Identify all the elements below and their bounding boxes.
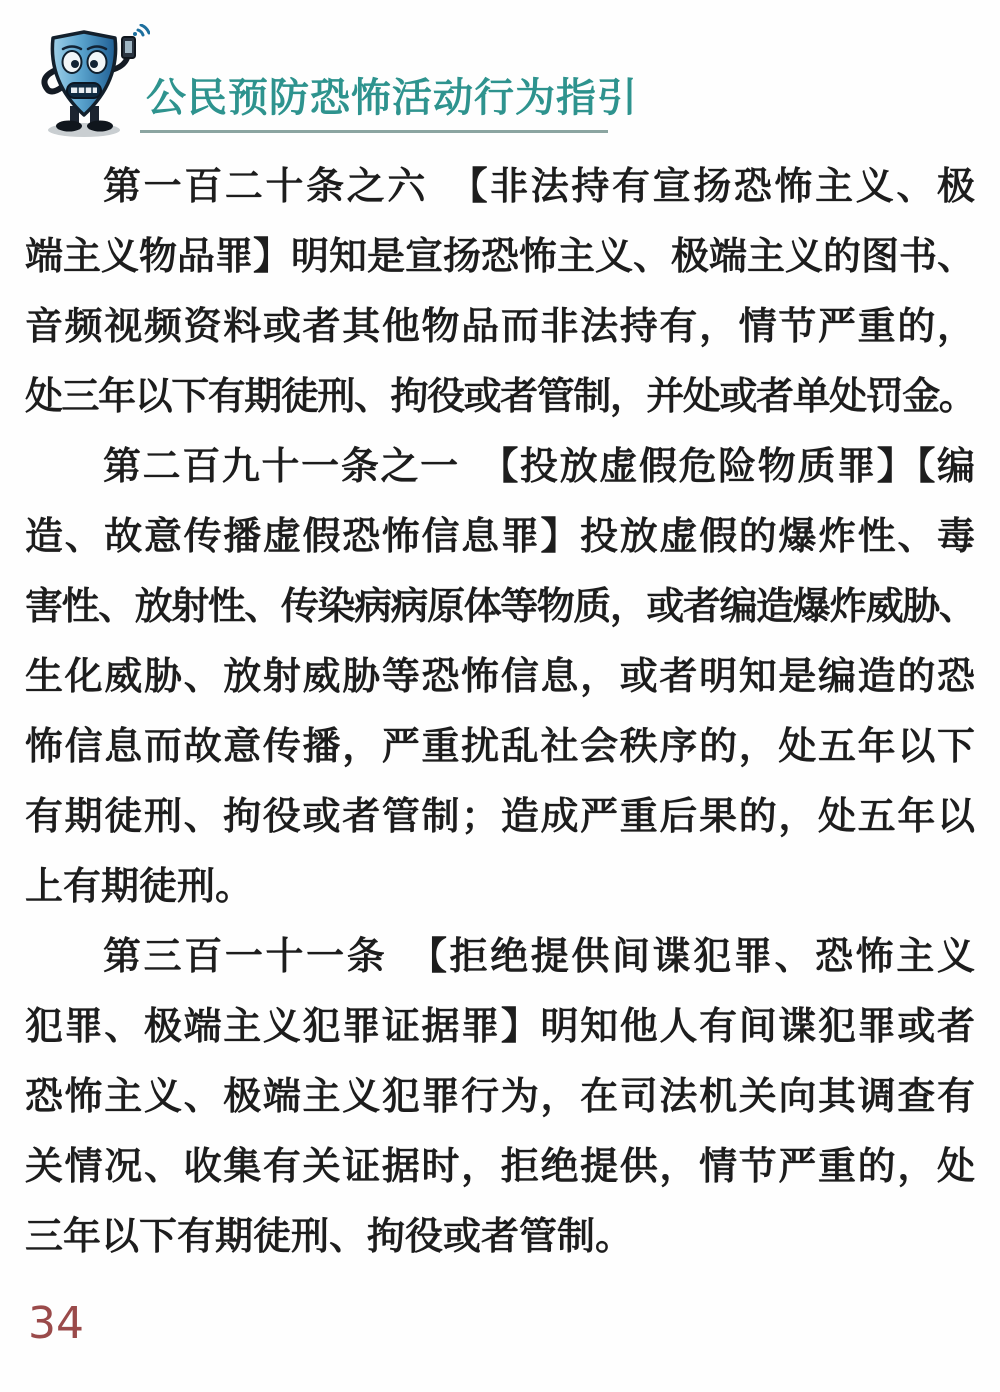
text-line: 造、故意传播虚假恐怖信息罪】投放虚假的爆炸性、毒 — [25, 502, 975, 572]
text-line: 生化威胁、放射威胁等恐怖信息，或者明知是编造的恐 — [25, 642, 975, 712]
page-number: 34 — [28, 1298, 84, 1349]
article-paragraph: 第二百九十一条之一 【投放虚假危险物质罪】【编 造、故意传播虚假恐怖信息罪】投放… — [25, 432, 975, 922]
title-underline — [140, 130, 608, 133]
page-header: 公民预防恐怖活动行为指引 — [0, 0, 1000, 150]
text-line: 犯罪、极端主义犯罪证据罪】明知他人有间谍犯罪或者 — [25, 992, 975, 1062]
text-line: 端主义物品罪】明知是宣扬恐怖主义、极端主义的图书、 — [25, 222, 975, 292]
text-line: 恐怖主义、极端主义犯罪行为，在司法机关向其调查有 — [25, 1062, 975, 1132]
booklet-page: 公民预防恐怖活动行为指引 第一百二十条之六 【非法持有宣扬恐怖主义、极 端主义物… — [0, 0, 1000, 1392]
article-paragraph: 第一百二十条之六 【非法持有宣扬恐怖主义、极 端主义物品罪】明知是宣扬恐怖主义、… — [25, 152, 975, 432]
text-line: 上有期徒刑。 — [25, 852, 975, 922]
page-title: 公民预防恐怖活动行为指引 — [146, 66, 638, 123]
article-text: 第一百二十条之六 【非法持有宣扬恐怖主义、极 端主义物品罪】明知是宣扬恐怖主义、… — [25, 152, 975, 1272]
text-line: 有期徒刑、拘役或者管制；造成严重后果的，处五年以 — [25, 782, 975, 852]
article-paragraph: 第三百一十一条 【拒绝提供间谍犯罪、恐怖主义 犯罪、极端主义犯罪证据罪】明知他人… — [25, 922, 975, 1272]
text-line: 第二百九十一条之一 【投放虚假危险物质罪】【编 — [25, 432, 975, 502]
text-line: 第三百一十一条 【拒绝提供间谍犯罪、恐怖主义 — [25, 922, 975, 992]
text-line: 怖信息而故意传播，严重扰乱社会秩序的，处五年以下 — [25, 712, 975, 782]
text-line: 第一百二十条之六 【非法持有宣扬恐怖主义、极 — [25, 152, 975, 222]
text-line: 三年以下有期徒刑、拘役或者管制。 — [25, 1202, 975, 1272]
text-line: 害性、放射性、传染病病原体等物质，或者编造爆炸威胁、 — [25, 572, 975, 642]
text-line: 处三年以下有期徒刑、拘役或者管制，并处或者单处罚金。 — [25, 362, 975, 432]
text-line: 音频视频资料或者其他物品而非法持有，情节严重的， — [25, 292, 975, 362]
shield-mascot-icon — [22, 24, 150, 140]
text-line: 关情况、收集有关证据时，拒绝提供，情节严重的，处 — [25, 1132, 975, 1202]
